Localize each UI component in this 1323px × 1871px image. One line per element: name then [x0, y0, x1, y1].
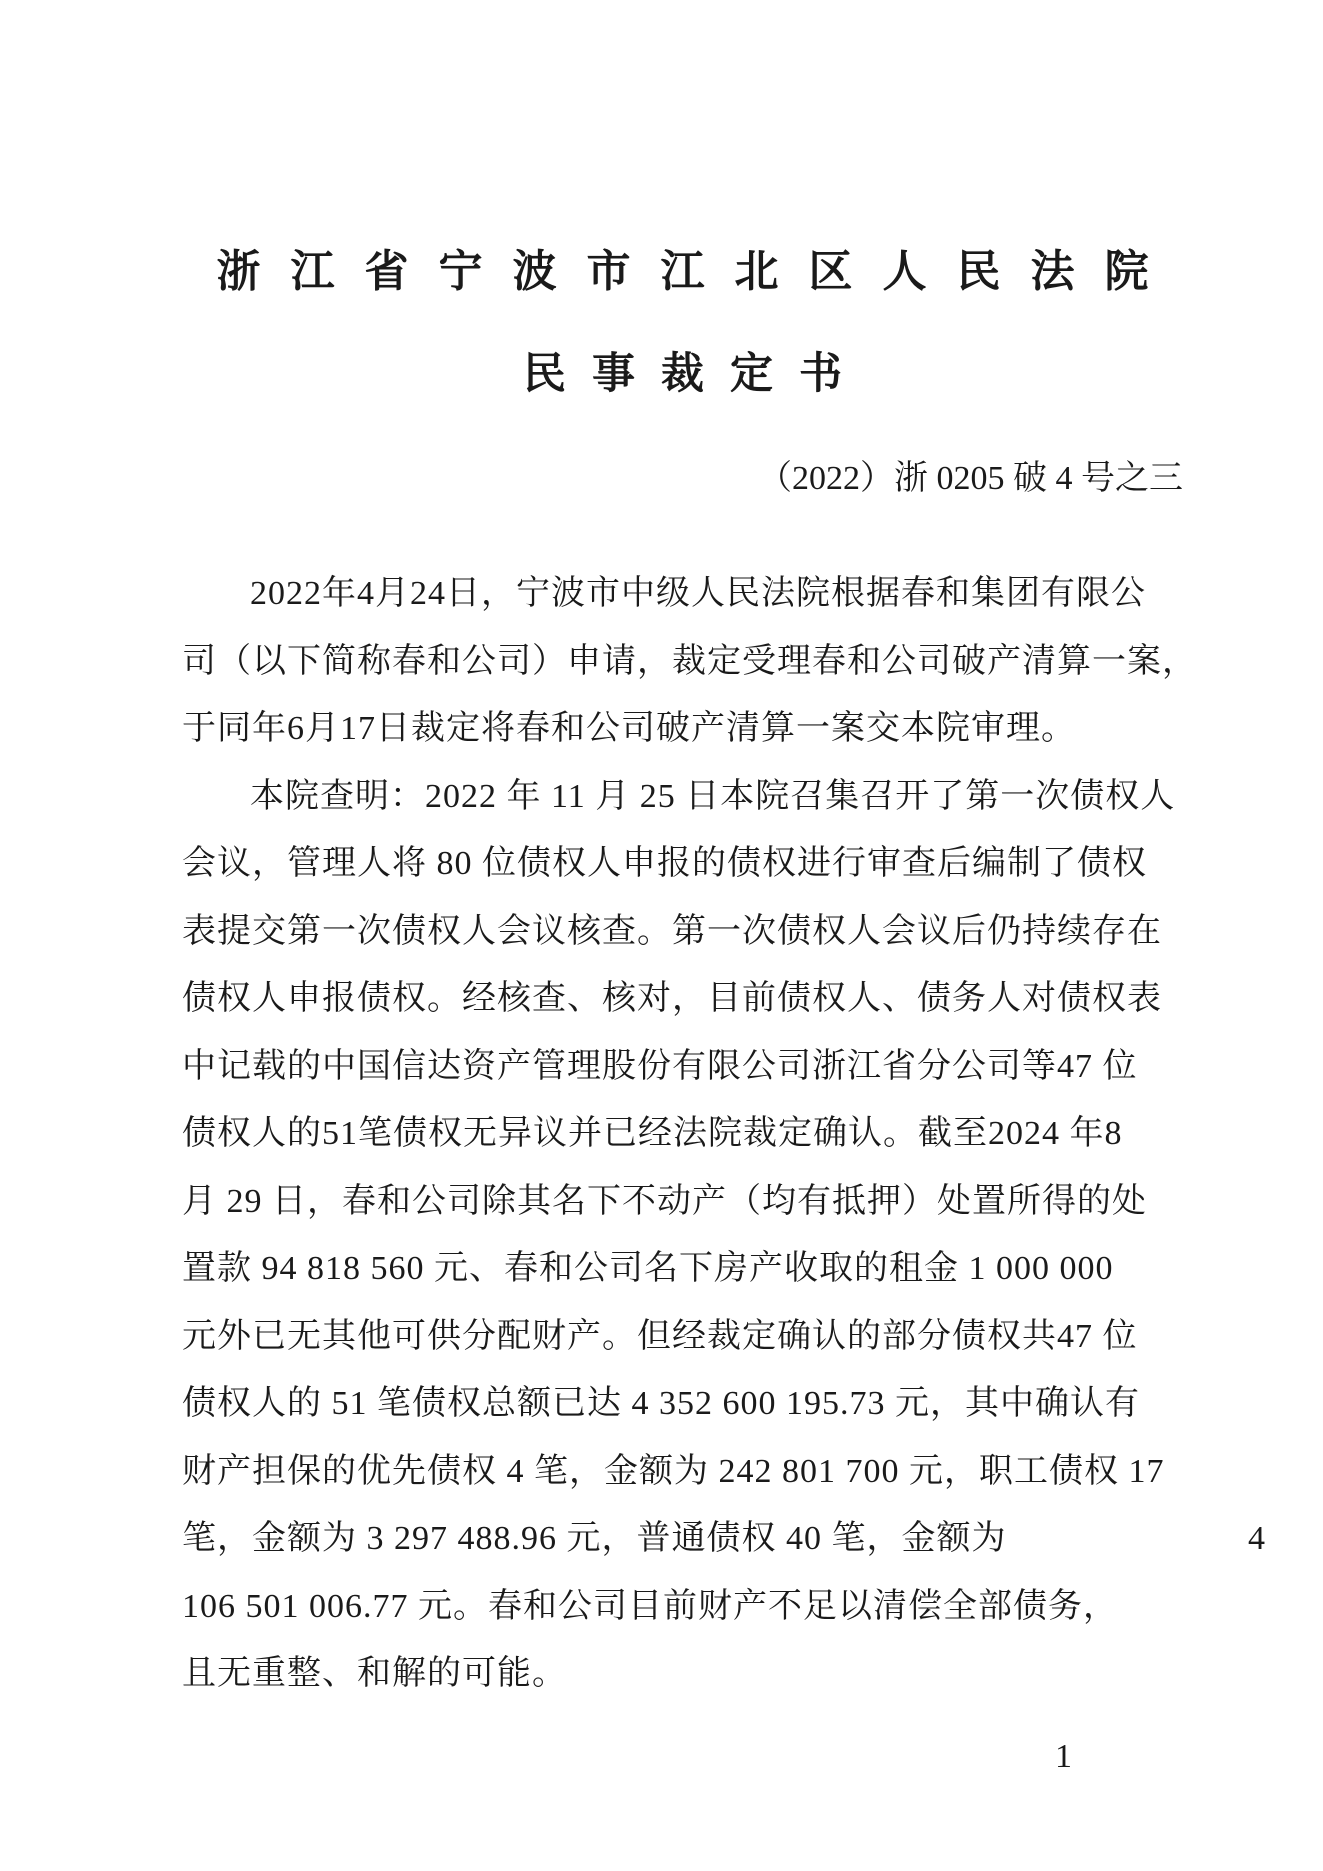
- document-line: 月 29 日，春和公司除其名下不动产（均有抵押）处置所得的处: [182, 1168, 1183, 1236]
- margin-number: 4: [1248, 1505, 1265, 1573]
- case-number: （2022）浙 0205 破 4 号之三: [182, 455, 1183, 503]
- document-line: 笔，金额为 3 297 488.96 元，普通债权 40 笔，金额为: [182, 1505, 1183, 1573]
- document-line: 司（以下简称春和公司）申请，裁定受理春和公司破产清算一案，: [182, 628, 1183, 696]
- document-type-title: 民事裁定书: [182, 348, 1183, 402]
- court-name-title: 浙江省宁波市江北区人民法院: [182, 245, 1183, 299]
- document-line: 置款 94 818 560 元、春和公司名下房产收取的租金 1 000 000: [182, 1235, 1183, 1303]
- document-line: 债权人申报债权。经核查、核对，目前债权人、债务人对债权表: [182, 965, 1183, 1033]
- document-line: 2022年4月24日，宁波市中级人民法院根据春和集团有限公: [182, 560, 1183, 628]
- page-number: 1: [1055, 1723, 1072, 1791]
- ruling-body: 2022年4月24日，宁波市中级人民法院根据春和集团有限公 司（以下简称春和公司…: [182, 560, 1183, 1708]
- document-line: 债权人的51笔债权无异议并已经法院裁定确认。截至2024 年8: [182, 1100, 1183, 1168]
- document-line: 本院查明：2022 年 11 月 25 日本院召集召开了第一次债权人: [182, 763, 1183, 831]
- document-line: 会议，管理人将 80 位债权人申报的债权进行审查后编制了债权: [182, 830, 1183, 898]
- document-line: 106 501 006.77 元。春和公司目前财产不足以清偿全部债务，: [182, 1573, 1183, 1641]
- document-line: 于同年6月17日裁定将春和公司破产清算一案交本院审理。: [182, 695, 1183, 763]
- court-ruling-page: 浙江省宁波市江北区人民法院 民事裁定书 （2022）浙 0205 破 4 号之三…: [0, 0, 1323, 1871]
- document-line: 中记载的中国信达资产管理股份有限公司浙江省分公司等47 位: [182, 1033, 1183, 1101]
- document-line: 且无重整、和解的可能。: [182, 1640, 1183, 1708]
- document-line: 债权人的 51 笔债权总额已达 4 352 600 195.73 元，其中确认有: [182, 1370, 1183, 1438]
- document-type-text: 民事裁定书: [523, 348, 868, 402]
- document-line: 表提交第一次债权人会议核查。第一次债权人会议后仍持续存在: [182, 898, 1183, 966]
- document-line: 财产担保的优先债权 4 笔，金额为 242 801 700 元，职工债权 17: [182, 1438, 1183, 1506]
- document-line: 元外已无其他可供分配财产。但经裁定确认的部分债权共47 位: [182, 1303, 1183, 1371]
- court-name-text: 浙江省宁波市江北区人民法院: [217, 245, 1179, 299]
